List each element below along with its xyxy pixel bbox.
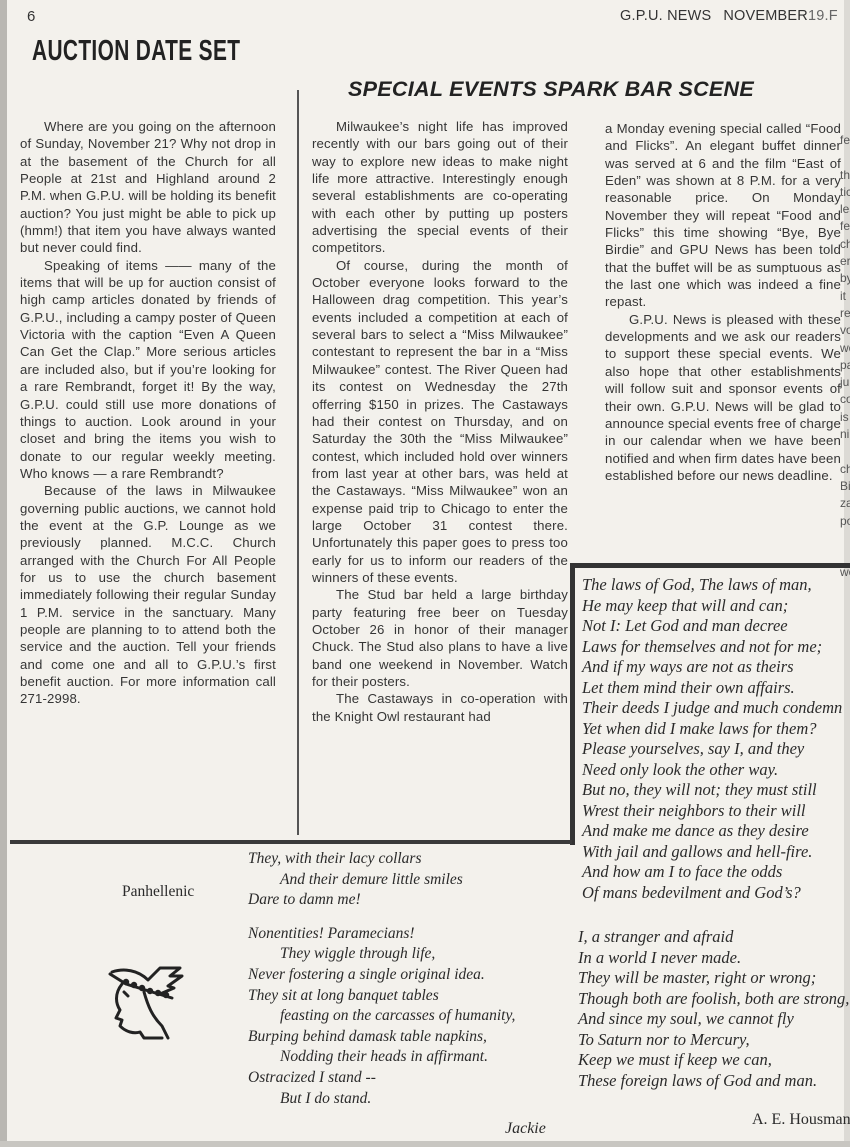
poem-line: The laws of God, The laws of man,: [582, 575, 842, 596]
bleed-fragment: is: [840, 409, 850, 426]
poem-line: Nodding their heads in affirmant.: [248, 1047, 515, 1068]
housman-poem-author: A. E. Housman: [752, 1111, 850, 1129]
poem-line: Laws for themselves and not for me;: [582, 637, 842, 658]
poem-line: To Saturn nor to Mercury,: [578, 1030, 849, 1051]
auction-headline: AUCTION DATE SET: [32, 35, 240, 68]
auction-article-body: Where are you going on the afternoon of …: [20, 118, 276, 708]
poem-line: He may keep that will and can;: [582, 596, 842, 617]
poem-line: Yet when did I make laws for them?: [582, 719, 842, 740]
bleed-fragment: [840, 149, 850, 166]
bleed-fragment: les: [840, 201, 850, 218]
poem-line: With jail and gallows and hell-fire.: [582, 842, 842, 863]
poem-line: But no, they will not; they must still: [582, 780, 842, 801]
bleed-fragment: fer: [840, 218, 850, 235]
page-edge-left: [0, 0, 7, 1147]
poem-line: In a world I never made.: [578, 948, 849, 969]
bleed-fragment: tic: [840, 184, 850, 201]
bleed-fragment: re: [840, 305, 850, 322]
publication-name: G.P.U. NEWS: [620, 8, 711, 24]
page-edge-bottom: [0, 1141, 850, 1147]
poem-line: Dare to damn me!: [248, 890, 515, 911]
issue-date: NOVEMBER: [723, 8, 808, 24]
poem-line: Though both are foolish, both are strong…: [578, 989, 849, 1010]
panhellenic-poem-author: Jackie: [505, 1120, 546, 1138]
poem-line: They, with their lacy collars: [248, 849, 515, 870]
poem-line: Nonentities! Paramecians!: [248, 924, 515, 945]
poem-line: And their demure little smiles: [248, 870, 515, 891]
paragraph: Speaking of items —— many of the items t…: [20, 257, 276, 482]
poem-line: Burping behind damask table napkins,: [248, 1027, 515, 1048]
poem-line: Need only look the other way.: [582, 760, 842, 781]
poem-line: Their deeds I judge and much condemn: [582, 698, 842, 719]
poem-line: But I do stand.: [248, 1089, 515, 1110]
bar-scene-headline: SPECIAL EVENTS SPARK BAR SCENE: [348, 77, 754, 102]
adjacent-page-bleed-through: fer theticlesfercherabyitrevowopajucoisn…: [840, 132, 850, 582]
poem-line: And make me dance as they desire: [582, 821, 842, 842]
poem-line: Ostracized I stand --: [248, 1068, 515, 1089]
running-head: G.P.U. NEWSNOVEMBER19.F: [620, 8, 838, 24]
bar-article-column-2: a Monday evening special called “Food an…: [605, 120, 841, 484]
paragraph: Milwaukee’s night life has improved rece…: [312, 118, 568, 257]
bleed-fragment: ni: [840, 426, 850, 443]
poem-line: And if my ways are not as theirs: [582, 657, 842, 678]
poem-line: Keep we must if keep we can,: [578, 1050, 849, 1071]
bleed-fragment: wo: [840, 340, 850, 357]
poem-line: They sit at long banquet tables: [248, 986, 515, 1007]
bleed-fragment: po: [840, 513, 850, 530]
paragraph: Of course, during the month of October e…: [312, 257, 568, 587]
bar-article-column-1: Milwaukee’s night life has improved rece…: [312, 118, 568, 725]
bleed-fragment: era: [840, 253, 850, 270]
panhellenic-poem-body: They, with their lacy collarsAnd their d…: [248, 849, 515, 1109]
poem-line: They will be master, right or wrong;: [578, 968, 849, 989]
poem-line: Never fostering a single original idea.: [248, 965, 515, 986]
bleed-fragment: it: [840, 288, 850, 305]
poem-line: Not I: Let God and man decree: [582, 616, 842, 637]
mercury-winged-helmet-icon: [104, 962, 184, 1042]
poem-box-top-rule: [573, 563, 850, 568]
housman-poem-stanza-1: The laws of God, The laws of man,He may …: [582, 575, 842, 903]
page-number: 6: [27, 8, 35, 25]
paragraph: The Castaways in co-operation with the K…: [312, 690, 568, 725]
poem-line: Please yourselves, say I, and they: [582, 739, 842, 760]
bleed-through-text: 19.F: [808, 8, 838, 24]
bleed-fragment: ch: [840, 461, 850, 478]
bleed-fragment: ju: [840, 374, 850, 391]
paragraph: G.P.U. News is pleased with these develo…: [605, 311, 841, 484]
poem-line: feasting on the carcasses of humanity,: [248, 1006, 515, 1027]
bleed-fragment: Bi: [840, 478, 850, 495]
poem-line: Of mans bedevilment and God’s?: [582, 883, 842, 904]
bleed-fragment: by: [840, 270, 850, 287]
poem-line: These foreign laws of God and man.: [578, 1071, 849, 1092]
paragraph: The Stud bar held a large birthday party…: [312, 586, 568, 690]
housman-poem-stanza-2: I, a stranger and afraidIn a world I nev…: [578, 927, 849, 1091]
poem-line: Wrest their neighbors to their will: [582, 801, 842, 822]
bleed-fragment: vo: [840, 322, 850, 339]
poem-line: And since my soul, we cannot fly: [578, 1009, 849, 1030]
panhellenic-poem-title: Panhellenic: [122, 883, 194, 901]
poem-box-left-rule: [570, 563, 575, 845]
bleed-fragment: za: [840, 495, 850, 512]
section-divider-rule: [10, 840, 572, 844]
bleed-fragment: [840, 547, 850, 564]
bleed-fragment: [840, 530, 850, 547]
poem-line: And how am I to face the odds: [582, 862, 842, 883]
bleed-fragment: co: [840, 391, 850, 408]
poem-line: Let them mind their own affairs.: [582, 678, 842, 699]
stanza-gap: [248, 911, 515, 924]
column-divider: [297, 90, 299, 835]
paragraph: Because of the laws in Milwaukee governi…: [20, 482, 276, 707]
bleed-fragment: ch: [840, 236, 850, 253]
paragraph: Where are you going on the afternoon of …: [20, 118, 276, 257]
bleed-fragment: pa: [840, 357, 850, 374]
bleed-fragment: [840, 443, 850, 460]
poem-line: I, a stranger and afraid: [578, 927, 849, 948]
bleed-fragment: the: [840, 167, 850, 184]
poem-line: They wiggle through life,: [248, 944, 515, 965]
paragraph: a Monday evening special called “Food an…: [605, 120, 841, 311]
bleed-fragment: fer: [840, 132, 850, 149]
